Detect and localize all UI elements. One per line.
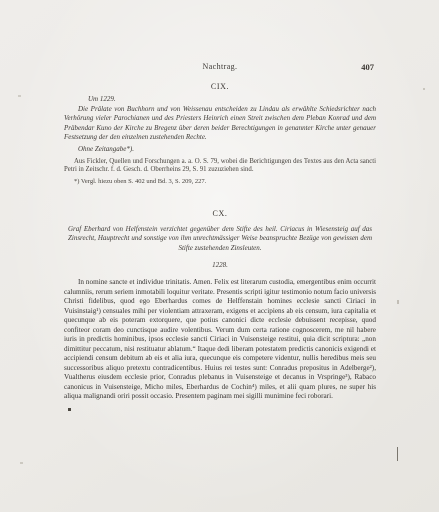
entry-cix-date-line: Um 1229. [88, 95, 376, 103]
scan-speck [20, 462, 23, 464]
scan-speck [423, 88, 425, 90]
scanned-page: Nachtrag. 407 CIX. Um 1229. Die Prälate … [0, 0, 439, 512]
scan-speck [18, 95, 21, 97]
entry-cix-footnote: *) Vergl. hiezu oben S. 402 und Bd. 3, S… [74, 178, 376, 185]
entry-cix-heading: CIX. [64, 82, 376, 91]
running-title: Nachtrag. [64, 62, 376, 71]
scan-artifact-mark [397, 447, 398, 461]
entry-cx-body: In nomine sancte et individue trinitatis… [64, 278, 376, 402]
entry-cx-summary: Graf Eberhard von Helfenstein verzichtet… [64, 225, 376, 253]
ink-speck [68, 408, 71, 411]
entry-cx-heading: CX. [64, 209, 376, 218]
entry-cix-source-note: Aus Fickler, Quellen und Forschungen a. … [64, 158, 376, 174]
scan-speck [397, 300, 399, 304]
entry-cix-date-note: Ohne Zeitangabe*). [78, 145, 376, 153]
entry-cx-date-heading: 1228. [64, 261, 376, 269]
running-head: Nachtrag. 407 [64, 62, 376, 73]
entry-cix-summary: Die Prälate von Buchhorn und von Weissen… [64, 105, 376, 143]
page-number: 407 [361, 62, 374, 72]
text-block: Nachtrag. 407 CIX. Um 1229. Die Prälate … [64, 62, 376, 402]
